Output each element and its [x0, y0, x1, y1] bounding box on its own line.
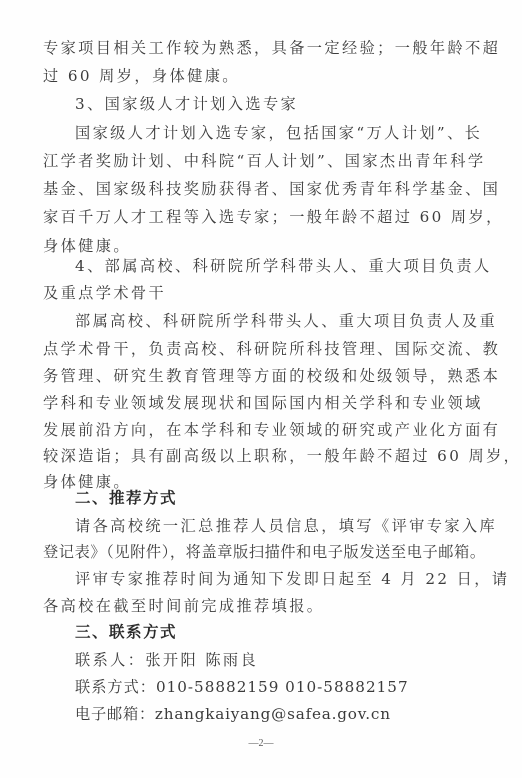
contact-email[interactable]: 电子邮箱：zhangkaiyang@safea.gov.cn — [75, 704, 515, 724]
paragraph-line: 国家级人才计划入选专家，包括国家“万人计划”、长 — [75, 123, 515, 143]
paragraph-line: 点学术骨干，负责高校、科研院所科技管理、国际交流、教 — [43, 339, 483, 359]
subheading-national-talent-experts: 3、国家级人才计划入选专家 — [75, 94, 515, 114]
page-number: —2— — [0, 738, 522, 749]
subheading-continuation: 及重点学术骨干 — [43, 283, 483, 303]
paragraph-line: 请各高校统一汇总推荐人员信息，填写《评审专家入库 — [75, 516, 515, 536]
paragraph-line: 发展前沿方向，在本学科和专业领域的研究或产业化方面有 — [43, 420, 483, 440]
paragraph-line: 各高校在截至时间前完成推荐填报。 — [43, 596, 483, 616]
contact-person: 联系人：张开阳 陈雨良 — [75, 650, 515, 670]
subheading-university-leaders: 4、部属高校、科研院所学科带头人、重大项目负责人 — [75, 256, 515, 276]
section-heading-contact: 三、联系方式 — [75, 622, 515, 642]
paragraph-line: 务管理、研究生教育管理等方面的校级和处级领导，熟悉本 — [43, 366, 483, 386]
paragraph-line: 江学者奖励计划、中科院“百人计划”、国家杰出青年科学 — [43, 151, 483, 171]
section-heading-recommendation-method: 二、推荐方式 — [75, 488, 515, 508]
paragraph-line: 基金、国家级科技奖励获得者、国家优秀青年科学基金、国 — [43, 179, 483, 199]
paragraph-line: 较深造诣；具有副高级以上职称，一般年龄不超过 60 周岁， — [43, 446, 483, 466]
paragraph-line: 专家项目相关工作较为熟悉，具备一定经验；一般年龄不超 — [43, 38, 483, 58]
paragraph-line: 家百千万人才工程等入选专家；一般年龄不超过 60 周岁， — [43, 207, 483, 227]
paragraph-line: 身体健康。 — [43, 236, 483, 256]
paragraph-line: 部属高校、科研院所学科带头人、重大项目负责人及重 — [75, 311, 515, 331]
paragraph-line: 评审专家推荐时间为通知下发即日起至 4 月 22 日，请 — [75, 569, 515, 589]
paragraph-line: 登记表》（见附件），将盖章版扫描件和电子版发送至电子邮箱。 — [43, 542, 483, 562]
contact-phone: 联系方式：010-58882159 010-58882157 — [75, 677, 515, 697]
paragraph-line: 学科和专业领域发展现状和国际国内相关学科和专业领域 — [43, 393, 483, 413]
paragraph-line: 过 60 周岁，身体健康。 — [43, 66, 483, 86]
document-page: 专家项目相关工作较为熟悉，具备一定经验；一般年龄不超 过 60 周岁，身体健康。… — [0, 0, 522, 778]
